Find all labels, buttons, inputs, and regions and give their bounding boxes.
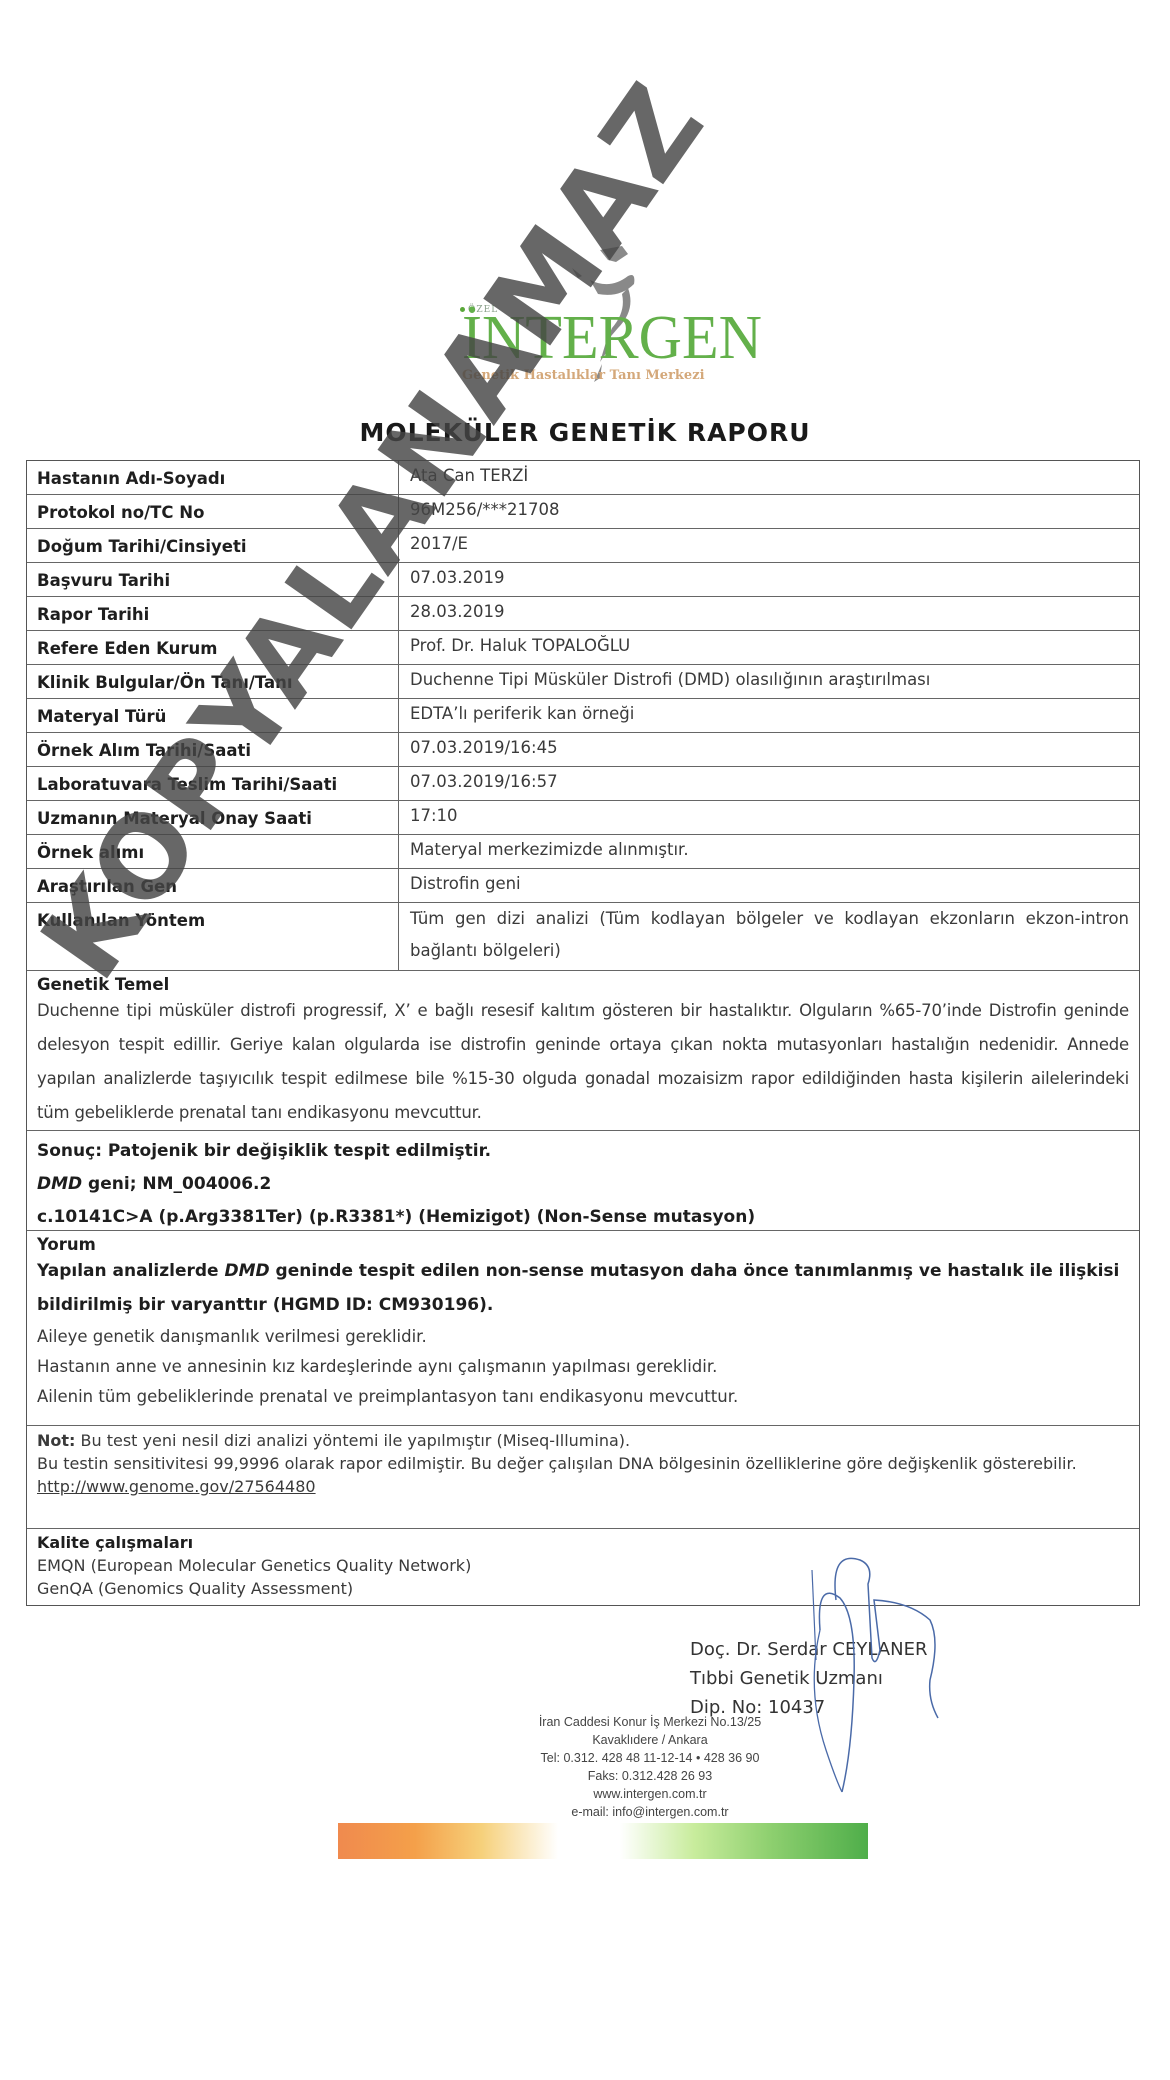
quality-item: EMQN (European Molecular Genetics Qualit… <box>37 1554 1129 1577</box>
footer-stripe-green <box>620 1823 868 1859</box>
row-value: Distrofin geni <box>399 861 1139 902</box>
genetic-basis-text: Duchenne tipi müsküler distrofi progress… <box>37 994 1129 1130</box>
quality-section: Kalite çalışmaları EMQN (European Molecu… <box>27 1529 1139 1605</box>
row-label: Refere Eden Kurum <box>27 631 399 664</box>
comment-line: Hastanın anne ve annesinin kız kardeşler… <box>37 1352 1129 1382</box>
row-label: Uzmanın Materyal Onay Saati <box>27 801 399 834</box>
note-label: Not: <box>37 1431 75 1450</box>
signatory-name: Doç. Dr. Serdar CEYLANER <box>690 1635 927 1664</box>
gene-symbol: DMD <box>37 1174 82 1194</box>
comment-text-pre: Yapılan analizlerde <box>37 1261 225 1281</box>
quality-item: GenQA (Genomics Quality Assessment) <box>37 1577 1129 1600</box>
comment-summary: Yapılan analizlerde DMD geninde tespit e… <box>37 1254 1129 1322</box>
result-variant: c.10141C>A (p.Arg3381Ter) (p.R3381*) (He… <box>37 1201 1129 1234</box>
note-text-1: Bu test yeni nesil dizi analizi yöntemi … <box>75 1431 630 1450</box>
row-label: Başvuru Tarihi <box>27 563 399 596</box>
result-section: Sonuç: Patojenik bir değişiklik tespit e… <box>27 1131 1139 1231</box>
row-label: Rapor Tarihi <box>27 597 399 630</box>
comment-line: Aileye genetik danışmanlık verilmesi ger… <box>37 1322 1129 1352</box>
row-label: Klinik Bulgular/Ön Tanı/Tanı <box>27 665 399 698</box>
row-label: Doğum Tarihi/Cinsiyeti <box>27 529 399 562</box>
table-row: Kullanılan Yöntem Tüm gen dizi analizi (… <box>27 903 1139 971</box>
comment-line: Ailenin tüm gebeliklerinde prenatal ve p… <box>37 1382 1129 1412</box>
signatory-block: Doç. Dr. Serdar CEYLANER Tıbbi Genetik U… <box>690 1635 927 1722</box>
row-value: Tüm gen dizi analizi (Tüm kodlayan bölge… <box>399 897 1139 970</box>
row-label: Örnek Alım Tarihi/Saati <box>27 733 399 766</box>
row-label: Protokol no/TC No <box>27 495 399 528</box>
website-link[interactable]: www.intergen.com.tr <box>440 1785 860 1803</box>
genetic-basis-heading: Genetik Temel <box>37 975 1129 994</box>
address-line: İran Caddesi Konur İş Merkezi No.13/25 <box>440 1713 860 1731</box>
result-heading: Sonuç: Patojenik bir değişiklik tespit e… <box>37 1135 1129 1168</box>
email-link[interactable]: e-mail: info@intergen.com.tr <box>440 1803 860 1821</box>
row-label: Kullanılan Yöntem <box>27 903 399 970</box>
row-label: Laboratuvara Teslim Tarihi/Saati <box>27 767 399 800</box>
gene-transcript: geni; NM_004006.2 <box>82 1174 271 1194</box>
comment-section: Yorum Yapılan analizlerde DMD geninde te… <box>27 1231 1139 1426</box>
genome-link[interactable]: http://www.genome.gov/27564480 <box>37 1475 1129 1498</box>
row-label: Materyal Türü <box>27 699 399 732</box>
phone-line: Tel: 0.312. 428 48 11-12-14 • 428 36 90 <box>440 1749 860 1767</box>
address-block: İran Caddesi Konur İş Merkezi No.13/25 K… <box>440 1713 860 1821</box>
signatory-title: Tıbbi Genetik Uzmanı <box>690 1664 927 1693</box>
row-label: Örnek alımı <box>27 835 399 868</box>
comment-heading: Yorum <box>37 1235 1129 1254</box>
fax-line: Faks: 0.312.428 26 93 <box>440 1767 860 1785</box>
row-label: Hastanın Adı-Soyadı <box>27 461 399 494</box>
page-title: MOLEKÜLER GENETİK RAPORU <box>0 418 1170 447</box>
address-line: Kavaklıdere / Ankara <box>440 1731 860 1749</box>
comment-gene: DMD <box>225 1261 270 1281</box>
result-gene: DMD geni; NM_004006.2 <box>37 1168 1129 1201</box>
footer-stripe-orange <box>338 1823 558 1859</box>
quality-heading: Kalite çalışmaları <box>37 1531 1129 1554</box>
report-table: Hastanın Adı-Soyadı Ata Can TERZİ Protok… <box>26 460 1140 1606</box>
note-line-1: Not: Bu test yeni nesil dizi analizi yön… <box>37 1429 1129 1452</box>
row-label: Araştırılan Gen <box>27 869 399 902</box>
genetic-basis-section: Genetik Temel Duchenne tipi müsküler dis… <box>27 971 1139 1131</box>
note-section: Not: Bu test yeni nesil dizi analizi yön… <box>27 1426 1139 1529</box>
logo-name: İNTERGEN <box>462 306 762 369</box>
logo-subtitle: Genetik Hastalıklar Tanı Merkezi <box>462 368 705 383</box>
note-line-2: Bu testin sensitivitesi 99,9996 olarak r… <box>37 1452 1129 1475</box>
